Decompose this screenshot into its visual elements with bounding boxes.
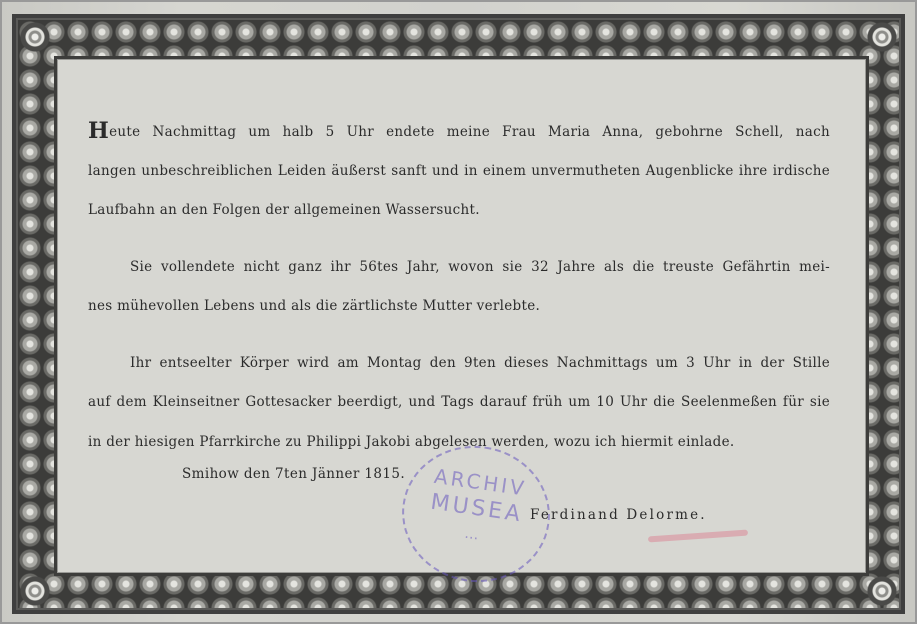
signature: Ferdinand Delorme. — [530, 507, 707, 523]
paragraph-1-line-1: Heute Nachmittag um halb 5 Uhr endete me… — [88, 112, 830, 152]
paragraph-3-line-1: Ihr entseelter Körper wird am Montag den… — [88, 344, 830, 384]
drop-cap: H — [88, 118, 109, 144]
paragraph-2-line-2: nes mühevollen Lebens und als die zärtli… — [88, 287, 830, 327]
corner-rosette-icon — [867, 576, 897, 606]
corner-rosette-icon — [20, 22, 50, 52]
paragraph-1-line-3: Laufbahn an den Folgen der allgemeinen W… — [88, 191, 830, 231]
paragraph-1-line-2: langen unbeschreiblichen Leiden äußerst … — [88, 152, 830, 192]
notice-body: Heute Nachmittag um halb 5 Uhr endete me… — [88, 112, 830, 462]
place-date: Smihow den 7ten Jänner 1815. — [182, 466, 405, 482]
corner-rosette-icon — [20, 576, 50, 606]
paragraph-2-line-1: Sie vollendete nicht ganz ihr 56tes Jahr… — [88, 248, 830, 288]
paragraph-3-line-2: auf dem Kleinseitner Gottesacker beerdig… — [88, 383, 830, 423]
corner-rosette-icon — [867, 22, 897, 52]
document-sheet: Heute Nachmittag um halb 5 Uhr endete me… — [0, 0, 917, 624]
